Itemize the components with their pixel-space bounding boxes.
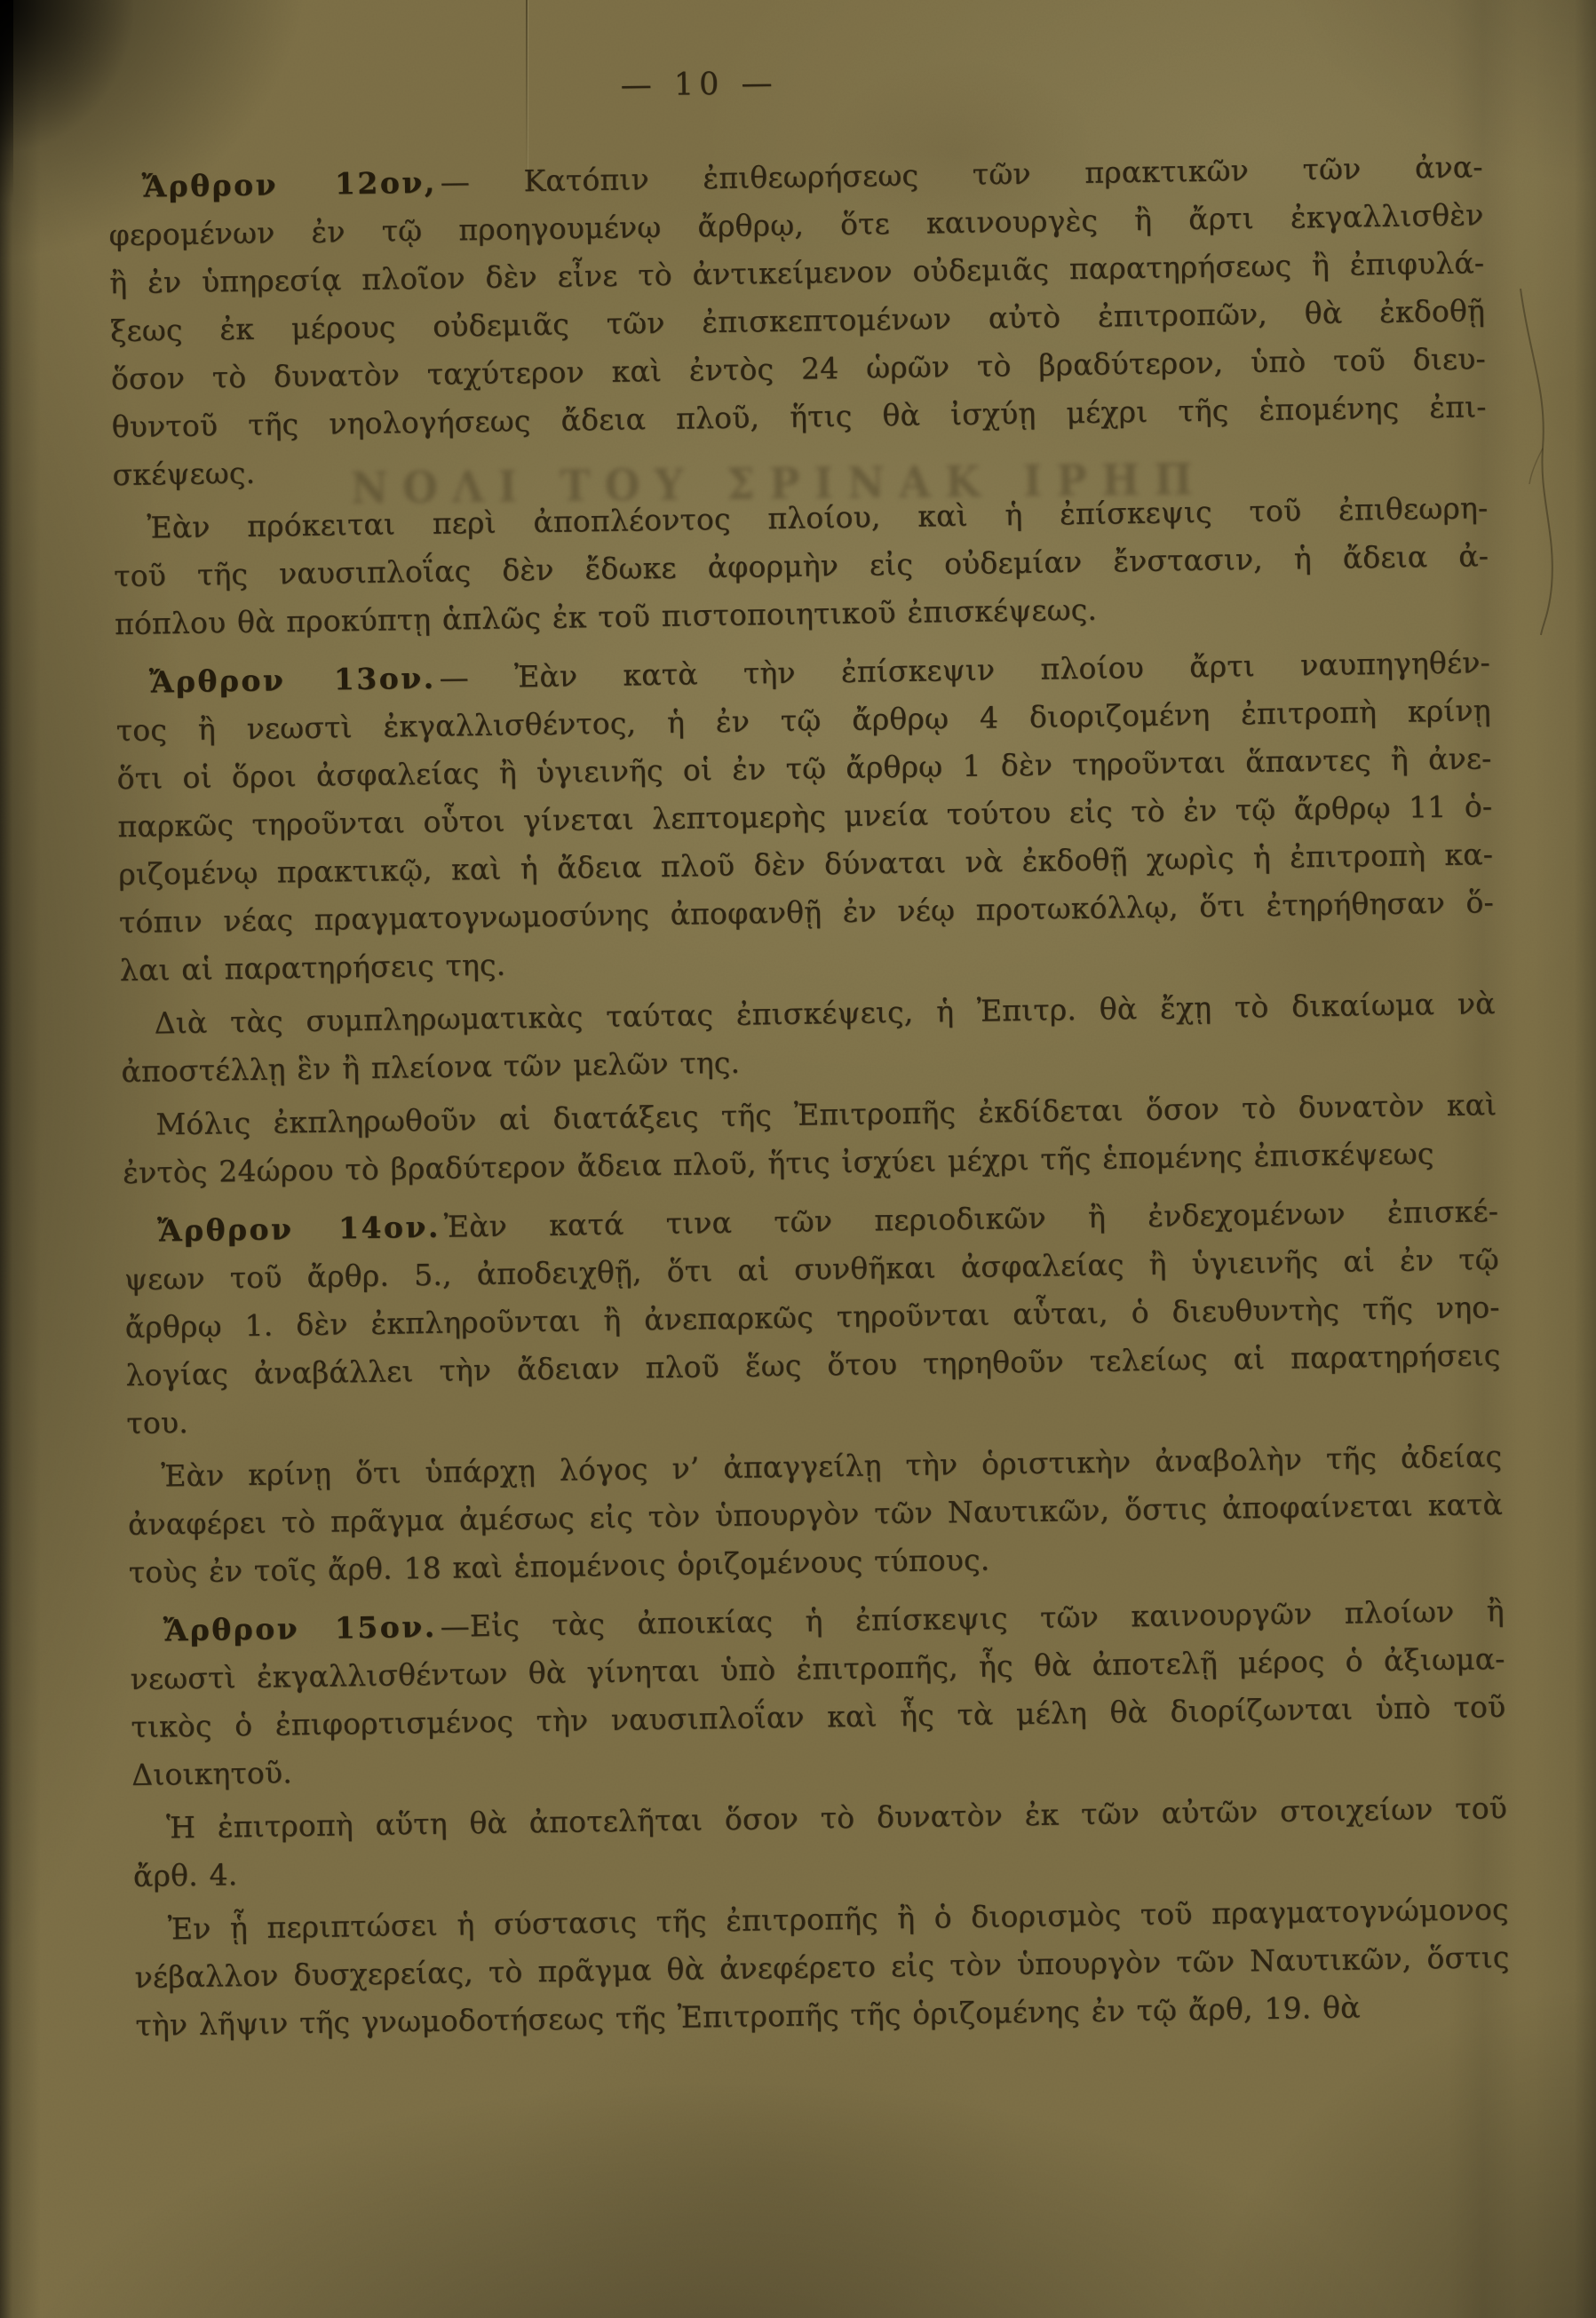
text-block: — 10 — Ἄρθρον 12ον,— Κατόπιν ἐπιθεωρήσεω… [107,49,1511,2050]
text-body: Ἄρθρον 12ον,— Κατόπιν ἐπιθεωρήσεως τῶν π… [107,143,1510,2050]
paragraph: Ἐν ᾗ περιπτώσει ἡ σύστασις τῆς ἐπιτροπῆς… [133,1885,1510,2050]
article-heading: Ἄρθρον 15ον. [163,1609,441,1648]
article-heading: Ἄρθρον 13ον. [149,661,440,700]
article-paragraph: Ἄρθρον 15ον.—Εἰς τὰς ἀποικίας ἡ ἐπίσκεψι… [129,1587,1506,1799]
paragraph: Ἐὰν πρόκειται περὶ ἀποπλέοντος πλοίου, κ… [113,484,1489,648]
article-paragraph: Ἄρθρον 12ον,— Κατόπιν ἐπιθεωρήσεως τῶν π… [107,143,1487,499]
article-paragraph: Ἄρθρον 13ον.— Ἐὰν κατὰ τὴν ἐπίσκεψιν πλο… [115,639,1495,995]
scanned-document-page: ΝΟΛΙ ΤΟΥ ΣΡΙΝΑΚ ΙΡΗΠ — 10 — Ἄρθρον 12ον,… [0,0,1596,2318]
article-paragraph: Ἄρθρον 14ον.Ἐὰν κατά τινα τῶν περιοδικῶν… [123,1187,1502,1448]
paragraph: Μόλις ἐκπληρωθοῦν αἱ διατάξεις τῆς Ἐπιτρ… [122,1081,1497,1197]
article-heading: Ἄρθρον 14ον. [157,1210,444,1249]
paragraph: Ἐὰν κρίνῃ ὅτι ὑπάρχῃ λόγος ν’ ἀπαγγείλῃ … [127,1433,1504,1597]
paragraph: Ἡ ἐπιτροπὴ αὕτη θὰ ἀποτελῆται ὅσον τὸ δυ… [132,1784,1508,1901]
paragraph: Διὰ τὰς συμπληρωματικὰς ταύτας ἐπισκέψει… [120,980,1496,1096]
article-heading: Ἄρθρον 12ον, [141,165,441,204]
